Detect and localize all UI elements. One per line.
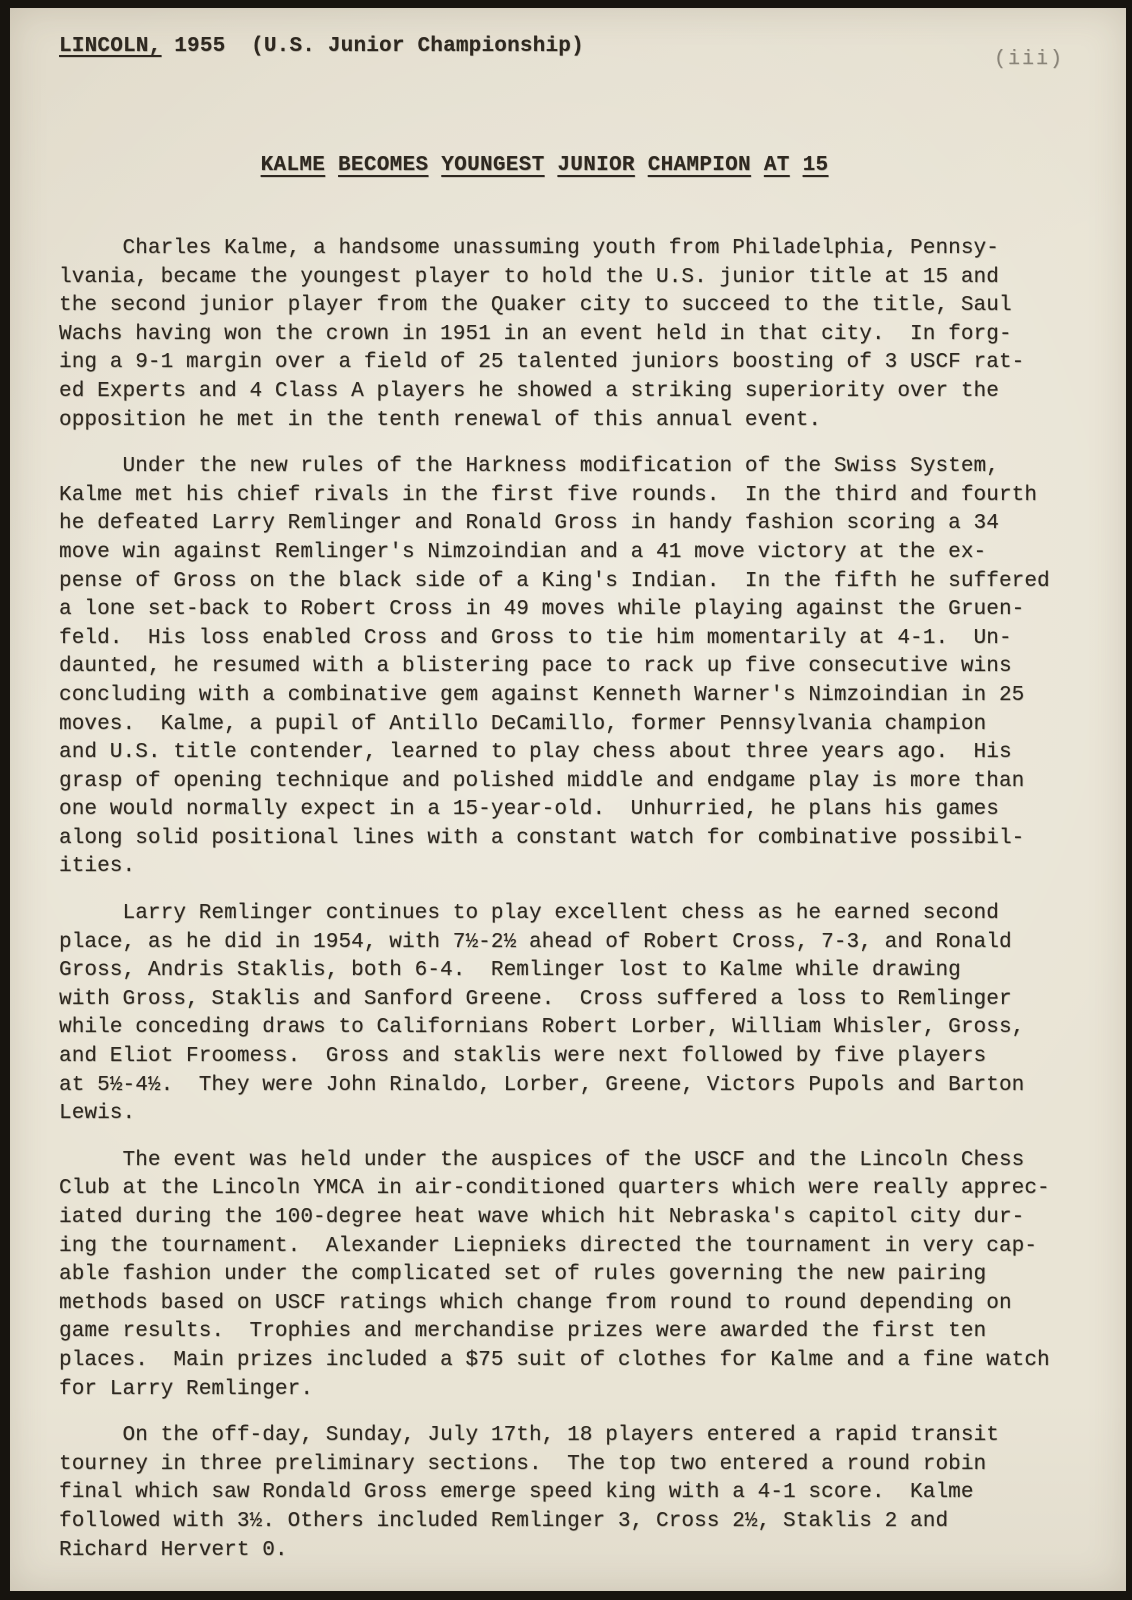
title-word: JUNIOR [557,154,634,177]
title-word: KALME [261,154,326,177]
title-word: YOUNGEST [441,154,544,177]
paragraph-venue-prizes: The event was held under the auspices of… [59,1147,1066,1404]
title-word: CHAMPION [648,154,751,177]
title-word: 15 [803,154,829,177]
photo-border: LINCOLN, 1955 (U.S. Junior Championship)… [0,0,1132,1600]
title-word: BECOMES [338,154,428,177]
tournament-header: LINCOLN, 1955 (U.S. Junior Championship) [59,32,584,61]
paragraph-tournament-rounds: Under the new rules of the Harkness modi… [59,453,1066,882]
paragraph-rapid-transit: On the off-day, Sunday, July 17th, 18 pl… [59,1422,1066,1565]
article-title: KALME BECOMES YOUNGEST JUNIOR CHAMPION A… [261,151,829,180]
page-header: LINCOLN, 1955 (U.S. Junior Championship)… [59,32,1066,74]
tournament-details: 1955 (U.S. Junior Championship) [161,35,583,58]
paragraph-standings: Larry Remlinger continues to play excell… [59,900,1066,1129]
tournament-location: LINCOLN, [59,35,161,58]
title-word: AT [764,154,790,177]
document-page: LINCOLN, 1955 (U.S. Junior Championship)… [10,8,1126,1591]
page-number: (iii) [994,45,1064,74]
paragraph-intro: Charles Kalme, a handsome unassuming you… [59,235,1066,435]
article-body: Charles Kalme, a handsome unassuming you… [59,235,1066,1565]
